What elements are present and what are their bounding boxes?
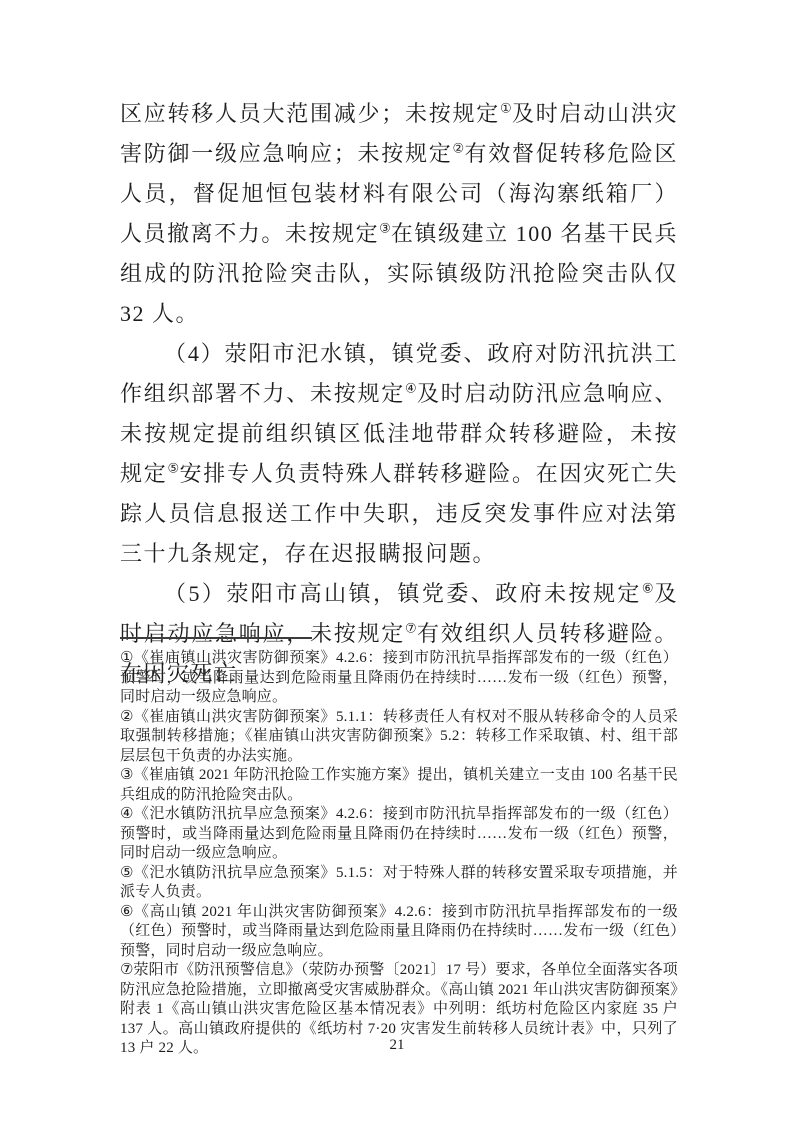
footnote-item: ⑥《高山镇 2021 年山洪灾害防御预案》4.2.6：接到市防汛抗旱指挥部发布的… xyxy=(120,903,678,962)
body-paragraph: （4）荥阳市汜水镇，镇党委、政府对防汛抗洪工作组织部署不力、未按规定④及时启动防… xyxy=(120,334,678,574)
footnote-item: ⑤《汜水镇防汛抗旱应急预案》5.1.5：对于特殊人群的转移安置采取专项措施，并派… xyxy=(120,864,678,903)
footnote-ref: ① xyxy=(500,101,512,116)
footnote-ref: ⑥ xyxy=(642,581,655,596)
footnote-marker: ③ xyxy=(120,767,134,783)
footnote-ref: ⑦ xyxy=(405,621,417,636)
footnote-marker: ⑦ xyxy=(120,962,133,978)
footnote-item: ④《汜水镇防汛抗旱应急预案》4.2.6：接到市防汛抗旱指挥部发布的一级（红色）预… xyxy=(120,805,678,864)
footnote-marker: ② xyxy=(120,709,134,725)
footnote-marker: ⑥ xyxy=(120,904,134,920)
document-page: 区应转移人员大范围减少；未按规定①及时启动山洪灾害防御一级应急响应；未按规定②有… xyxy=(0,0,794,1123)
footnote-marker: ④ xyxy=(120,806,134,822)
body-paragraph: 区应转移人员大范围减少；未按规定①及时启动山洪灾害防御一级应急响应；未按规定②有… xyxy=(120,94,678,334)
footnotes: ①《崔庙镇山洪灾害防御预案》4.2.6：接到市防汛抗旱指挥部发布的一级（红色）预… xyxy=(120,649,678,1059)
page-number: 21 xyxy=(0,1037,794,1054)
footnote-ref: ⑤ xyxy=(168,461,180,476)
footnote-ref: ④ xyxy=(405,381,417,396)
footnote-item: ②《崔庙镇山洪灾害防御预案》5.1.1：转移责任人有权对不服从转移命令的人员采取… xyxy=(120,708,678,767)
footnote-ref: ② xyxy=(453,141,465,156)
footnote-marker: ① xyxy=(120,650,134,666)
footnote-item: ③《崔庙镇 2021 年防汛抢险工作实施方案》提出，镇机关建立一支由 100 名… xyxy=(120,766,678,805)
body-text: 区应转移人员大范围减少；未按规定①及时启动山洪灾害防御一级应急响应；未按规定②有… xyxy=(120,94,678,694)
footnote-item: ①《崔庙镇山洪灾害防御预案》4.2.6：接到市防汛抗旱指挥部发布的一级（红色）预… xyxy=(120,649,678,708)
footnote-ref: ③ xyxy=(379,221,391,236)
footnote-separator xyxy=(120,637,312,639)
footnote-marker: ⑤ xyxy=(120,865,134,881)
